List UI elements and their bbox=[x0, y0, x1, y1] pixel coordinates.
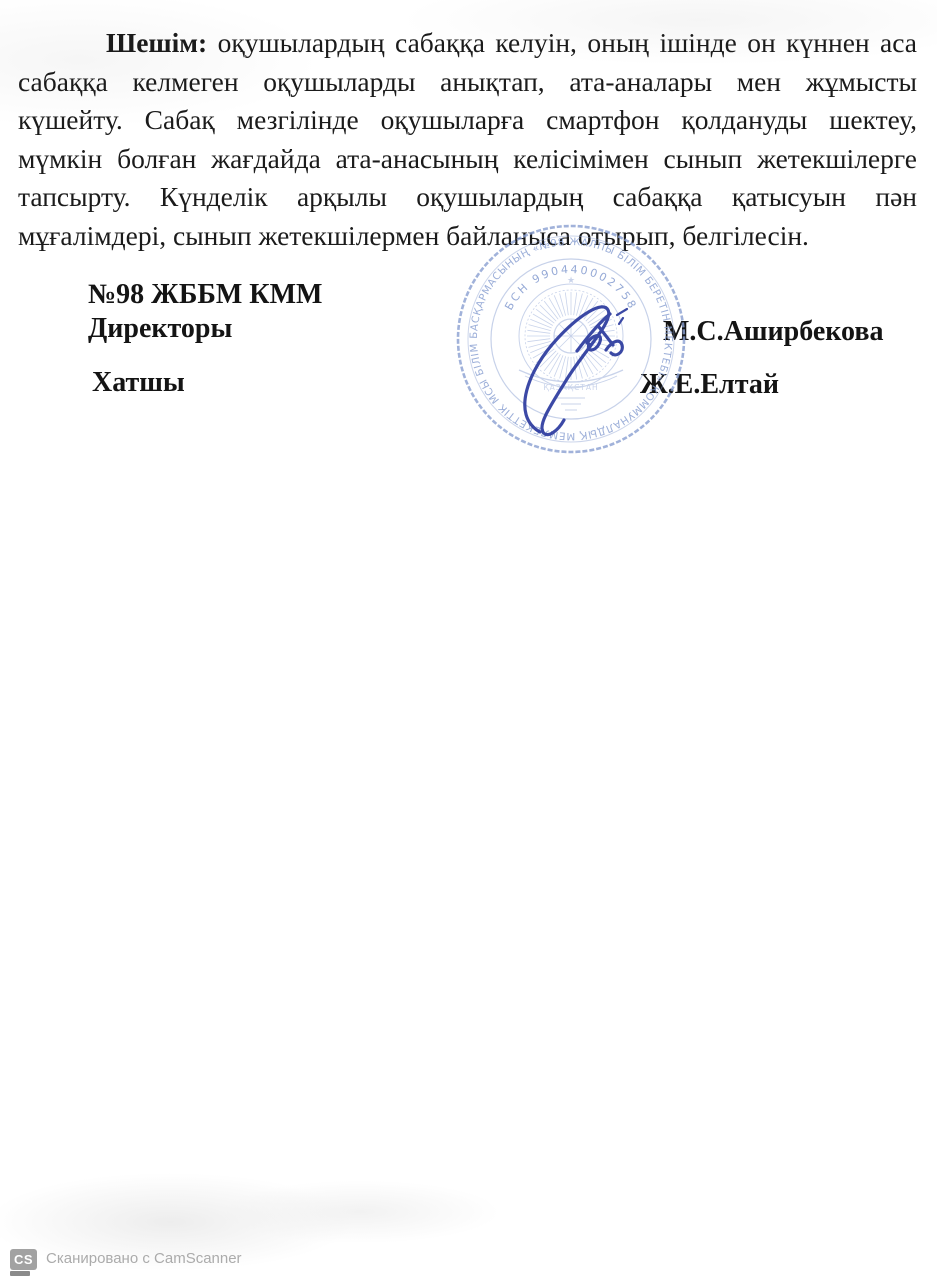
decision-label: Шешім: bbox=[106, 27, 207, 58]
camscanner-logo: CS bbox=[10, 1249, 37, 1270]
official-stamp: ★ ҚАЗАҚСТАН СЫ БІЛІМ БАСҚАРМАСЫНЫҢ «№98 … bbox=[450, 218, 692, 460]
director-name: М.С.Аширбекова bbox=[663, 316, 883, 348]
camscanner-logo-strip bbox=[10, 1271, 30, 1276]
decision-text: оқушылардың сабаққа келуін, оның ішінде … bbox=[18, 27, 917, 251]
secretary-title: Хатшы bbox=[92, 367, 185, 399]
camscanner-footer: CS Сканировано с CamScanner bbox=[0, 1244, 937, 1280]
arms-country-label: ҚАЗАҚСТАН bbox=[543, 383, 598, 392]
scanned-document-page: Шешім: оқушылардың сабаққа келуін, оның … bbox=[0, 0, 937, 1280]
coat-of-arms: ★ ҚАЗАҚСТАН bbox=[519, 275, 623, 410]
stamp-svg: ★ ҚАЗАҚСТАН СЫ БІЛІМ БАСҚАРМАСЫНЫҢ «№98 … bbox=[450, 218, 692, 460]
arms-star-icon: ★ bbox=[567, 275, 575, 285]
organization-name: №98 ЖББМ КММ bbox=[88, 279, 322, 311]
director-title: Директоры bbox=[88, 313, 232, 345]
camscanner-logo-label: CS bbox=[14, 1252, 33, 1267]
camscanner-caption: Сканировано с CamScanner bbox=[46, 1250, 242, 1267]
